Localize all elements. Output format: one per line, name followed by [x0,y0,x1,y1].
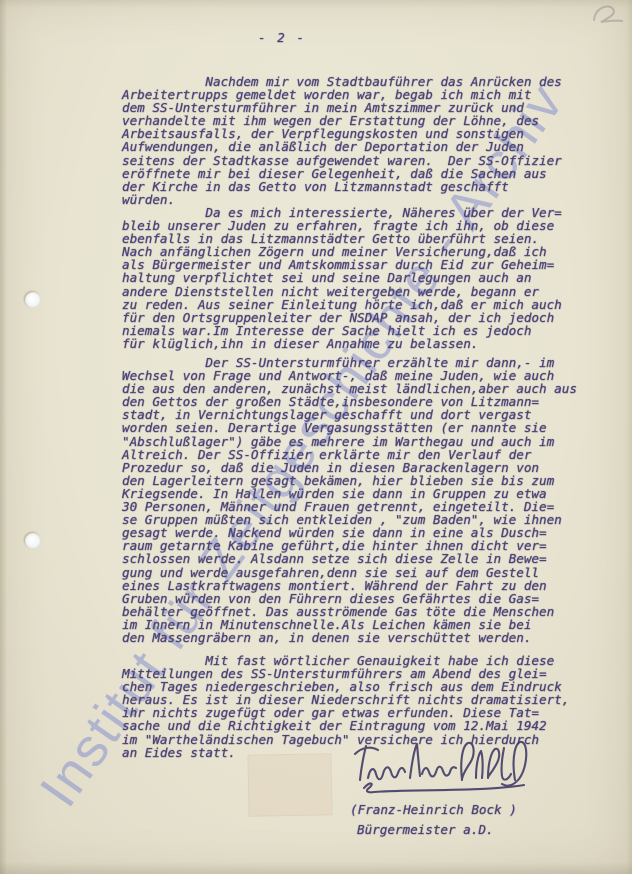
handwritten-signature [352,734,537,798]
stamp-showthrough [247,753,332,816]
paragraph-3: Der SS-Untersturmführer erzählte mir dan… [122,356,577,644]
page-number: - 2 - [258,31,306,44]
pencil-mark [588,0,628,26]
signatory-name: (Franz-Heinrich Bock ) [350,803,517,816]
scanned-document-page: Institut für Zeitgeschichte - Archiv - 2… [0,0,632,874]
punch-hole-top [25,292,41,308]
signatory-title: Bürgermeister a.D. [357,823,493,836]
punch-hole-bottom [25,533,41,549]
paragraph-1: Nachdem mir vom Stadtbauführer das Anrüc… [122,75,562,206]
paragraph-2: Da es mich interessierte, Näheres über d… [122,206,562,350]
